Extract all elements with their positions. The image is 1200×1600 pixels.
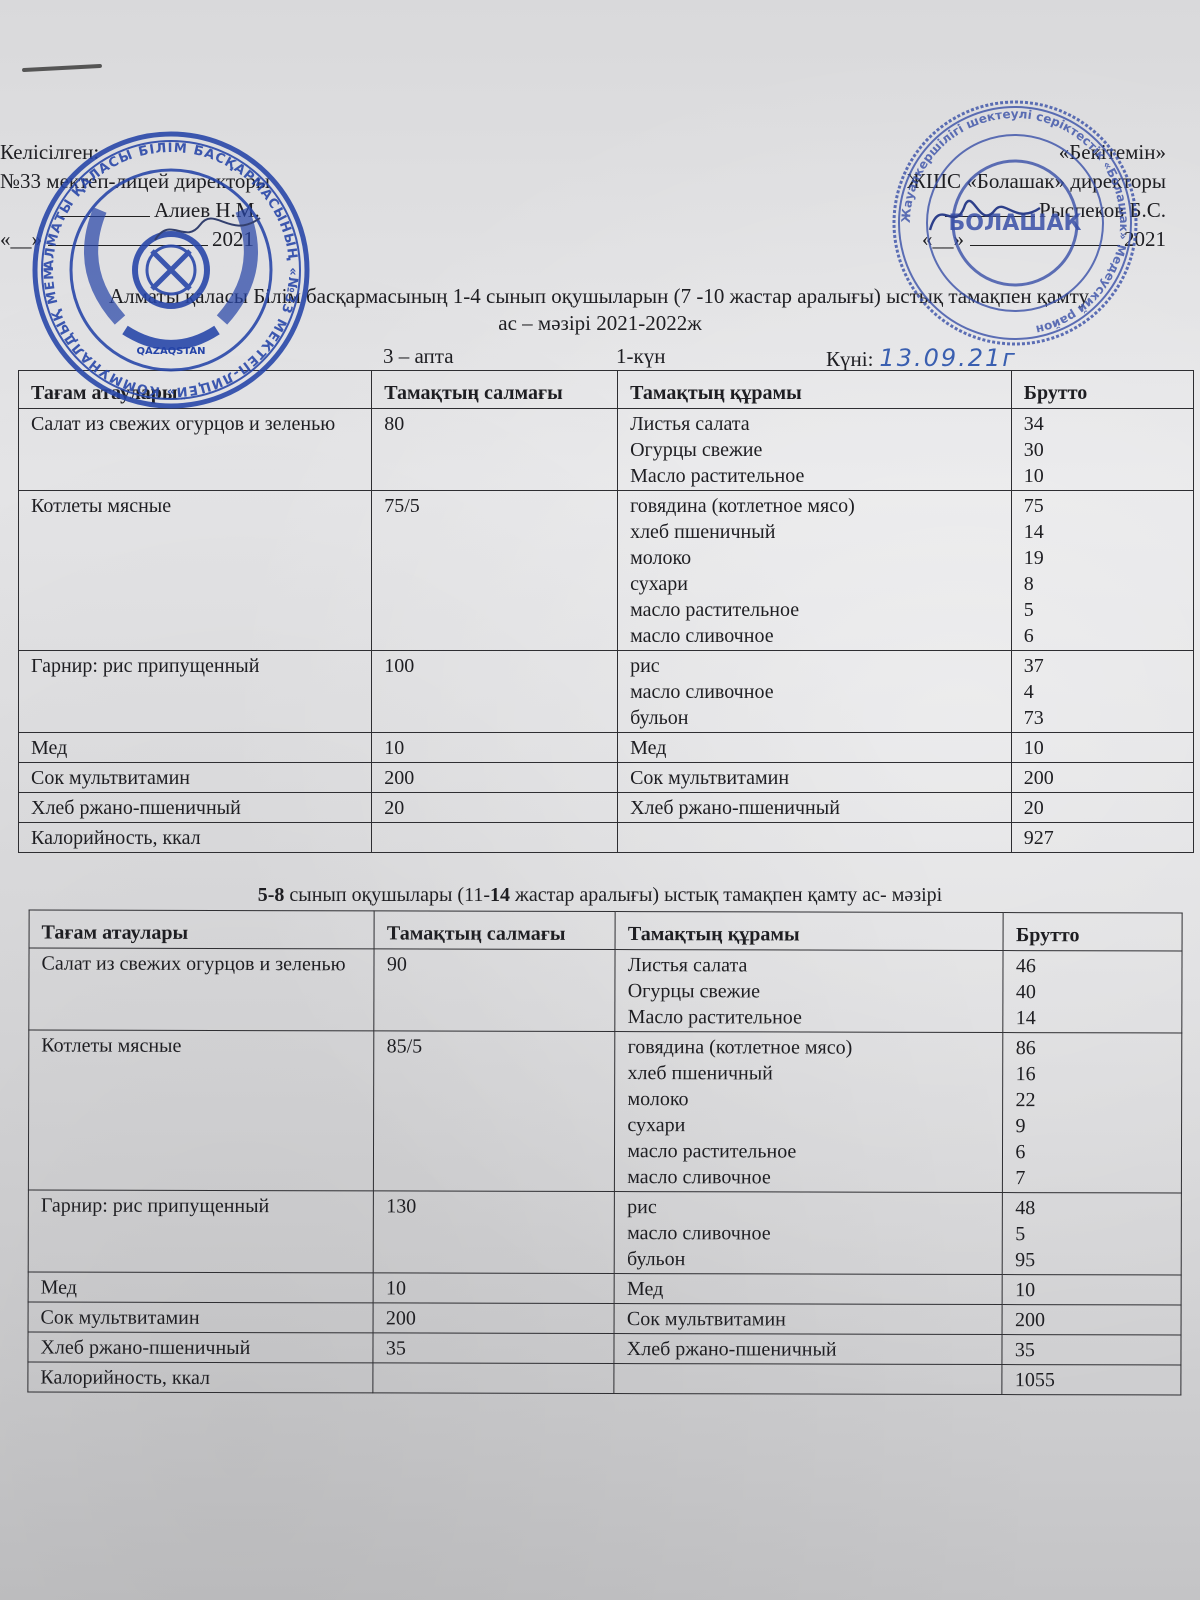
dish-name-cell: Салат из свежих огурцов и зеленью xyxy=(19,409,372,491)
brutto-cell: 1055 xyxy=(1002,1365,1181,1395)
table-row: Сок мультвитамин200Сок мультвитамин200 xyxy=(19,763,1194,793)
date-line xyxy=(48,231,208,246)
ingredient-item xyxy=(627,1366,990,1393)
ingredients-cell: Хлеб ржано-пшеничный xyxy=(614,1334,1002,1365)
brutto-cell: 48595 xyxy=(1003,1193,1182,1275)
ingredients-cell xyxy=(614,1364,1002,1395)
brutto-value: 48 xyxy=(1015,1195,1169,1221)
brutto-value: 37 xyxy=(1024,653,1181,679)
brutto-value: 5 xyxy=(1024,597,1181,623)
table-header-row: Тағам атаулары Тамақтың салмағы Тамақтың… xyxy=(19,371,1194,409)
ingredients-cell: рисмасло сливочноебульон xyxy=(618,651,1012,733)
brutto-value: 8 xyxy=(1024,571,1181,597)
ingredients-cell: рисмасло сливочноебульон xyxy=(615,1192,1003,1275)
table-body: Салат из свежих огурцов и зеленью90Листь… xyxy=(28,948,1182,1395)
table-row: Хлеб ржано-пшеничный35Хлеб ржано-пшеничн… xyxy=(28,1332,1181,1365)
brutto-value: 10 xyxy=(1024,463,1181,489)
table-row: Мед10Мед10 xyxy=(28,1272,1181,1305)
brutto-value: 14 xyxy=(1016,1005,1170,1031)
table-row: Гарнир: рис припущенный100рисмасло сливо… xyxy=(19,651,1194,733)
brutto-value: 22 xyxy=(1016,1087,1170,1113)
dish-weight-cell: 10 xyxy=(373,1273,614,1304)
ingredient-item: сухари xyxy=(630,571,999,597)
ingredient-item: Хлеб ржано-пшеничный xyxy=(627,1336,990,1363)
ingredients-cell: говядина (котлетное мясо)хлеб пшеничныйм… xyxy=(618,491,1012,651)
brutto-value: 16 xyxy=(1016,1061,1170,1087)
brutto-value: 20 xyxy=(1024,795,1181,821)
date-label: Күні: xyxy=(826,347,873,371)
column-header-brutto: Брутто xyxy=(1011,371,1193,409)
ingredient-item: Мед xyxy=(627,1276,990,1303)
menu-table-grades-5-8: Тағам атаулары Тамақтың салмағы Тамақтың… xyxy=(27,909,1182,1395)
approval-block-right: «Бекітемін» ЖШС «Болашак» директоры Рысп… xyxy=(907,138,1166,254)
ingredients-cell: Листья салатаОгурцы свежиеМасло растител… xyxy=(615,950,1003,1033)
ingredient-item: Сок мультвитамин xyxy=(630,765,999,791)
ingredients-cell: Сок мультвитамин xyxy=(618,763,1012,793)
table-row: Мед10Мед10 xyxy=(19,733,1194,763)
column-header-dish: Тағам атаулары xyxy=(19,371,372,409)
ingredient-item: Листья салата xyxy=(630,411,999,437)
ingredient-item: бульон xyxy=(630,705,999,731)
ingredient-item: хлеб пшеничный xyxy=(630,519,999,545)
section-title-grades-5-8: 5-8 сынып оқушылары (11-14 жастар аралығ… xyxy=(0,884,1200,907)
table-header-row: Тағам атаулары Тамақтың салмағы Тамақтың… xyxy=(29,910,1182,951)
ingredient-item: сухари xyxy=(627,1112,990,1139)
ingredient-item: масло сливочное xyxy=(627,1220,990,1247)
dish-name-cell: Калорийность, ккал xyxy=(28,1362,373,1393)
brutto-value: 14 xyxy=(1024,519,1181,545)
table-body: Салат из свежих огурцов и зеленью80Листь… xyxy=(19,409,1194,853)
column-header-brutto: Брутто xyxy=(1003,913,1182,951)
pen-mark xyxy=(22,64,102,72)
column-header-ingredients: Тамақтың құрамы xyxy=(618,371,1012,409)
brutto-cell: 200 xyxy=(1011,763,1193,793)
dish-weight-cell: 90 xyxy=(374,949,615,1032)
brutto-cell: 20 xyxy=(1011,793,1193,823)
brutto-value: 1055 xyxy=(1015,1367,1169,1393)
svg-text:QAZAQSTAN: QAZAQSTAN xyxy=(136,346,205,357)
brutto-value: 7 xyxy=(1015,1165,1169,1191)
dish-weight-cell: 85/5 xyxy=(374,1031,615,1192)
brutto-cell: 10 xyxy=(1003,1275,1182,1305)
brutto-cell: 200 xyxy=(1002,1305,1181,1335)
brutto-value: 73 xyxy=(1024,705,1181,731)
table-row: Салат из свежих огурцов и зеленью80Листь… xyxy=(19,409,1194,491)
ingredient-item: масло сливочное xyxy=(627,1164,990,1191)
table-row: Гарнир: рис припущенный130рисмасло сливо… xyxy=(28,1190,1181,1275)
ingredient-item: Листья салата xyxy=(628,952,991,979)
dish-name-cell: Калорийность, ккал xyxy=(19,823,372,853)
approval-year: 2021 xyxy=(1124,227,1166,251)
date-prefix: «__» xyxy=(0,227,42,251)
dish-name-cell: Котлеты мясные xyxy=(19,491,372,651)
brutto-value: 4 xyxy=(1024,679,1181,705)
ingredient-item: бульон xyxy=(627,1246,990,1273)
approval-label: Келісілген: xyxy=(0,138,270,167)
ingredient-item: масло сливочное xyxy=(630,679,999,705)
subtitle-text: жастар аралығы) ыстық тамақпен қамту ас-… xyxy=(510,884,942,906)
dish-weight-cell: 35 xyxy=(373,1333,614,1364)
column-header-dish: Тағам атаулары xyxy=(29,910,374,949)
approver-name: Алиев Н.М. xyxy=(154,198,260,222)
subtitle-text: сынып оқушылары (11- xyxy=(284,884,490,906)
ingredient-item: Хлеб ржано-пшеничный xyxy=(630,795,999,821)
brutto-value: 6 xyxy=(1015,1139,1169,1165)
ingredient-item: Сок мультвитамин xyxy=(627,1306,990,1333)
brutto-value: 30 xyxy=(1024,437,1181,463)
brutto-cell: 927 xyxy=(1011,823,1193,853)
column-header-weight: Тамақтың салмағы xyxy=(372,371,618,409)
dish-name-cell: Сок мультвитамин xyxy=(19,763,372,793)
table-row: Котлеты мясные75/5говядина (котлетное мя… xyxy=(19,491,1194,651)
ingredient-item: хлеб пшеничный xyxy=(628,1060,991,1087)
date-handwritten: 13.09.21г xyxy=(879,344,1016,372)
approver-name: Рыспеков Б.С. xyxy=(1039,198,1166,222)
approval-label: «Бекітемін» xyxy=(907,138,1166,167)
brutto-cell: 10 xyxy=(1011,733,1193,763)
ingredient-item: говядина (котлетное мясо) xyxy=(630,493,999,519)
dish-weight-cell: 75/5 xyxy=(372,491,618,651)
brutto-value: 10 xyxy=(1015,1277,1169,1303)
brutto-value: 19 xyxy=(1024,545,1181,571)
table-row: Калорийность, ккал 1055 xyxy=(28,1362,1181,1395)
brutto-value: 9 xyxy=(1015,1113,1169,1139)
ingredient-item: масло растительное xyxy=(630,597,999,623)
brutto-cell: 35 xyxy=(1002,1335,1181,1365)
brutto-cell: 861622967 xyxy=(1003,1033,1182,1193)
dish-name-cell: Гарнир: рис припущенный xyxy=(28,1190,374,1273)
table-row: Сок мультвитамин200Сок мультвитамин200 xyxy=(28,1302,1181,1335)
day-label: 1-күн xyxy=(616,344,665,369)
column-header-ingredients: Тамақтың құрамы xyxy=(615,912,1003,951)
date-line xyxy=(970,231,1120,246)
approval-block-left: Келісілген: №33 мектеп-лицей директоры А… xyxy=(0,138,270,254)
dish-name-cell: Мед xyxy=(19,733,372,763)
dish-name-cell: Котлеты мясные xyxy=(28,1030,374,1191)
ingredient-item: Масло растительное xyxy=(628,1004,991,1031)
brutto-value: 10 xyxy=(1024,735,1181,761)
dish-weight-cell: 130 xyxy=(374,1191,615,1274)
ingredients-cell: говядина (котлетное мясо)хлеб пшеничныйм… xyxy=(615,1032,1004,1193)
age-upper: 14 xyxy=(490,884,510,906)
table-row: Салат из свежих огурцов и зеленью90Листь… xyxy=(29,948,1182,1033)
approval-year: 2021 xyxy=(212,227,254,251)
dish-name-cell: Хлеб ржано-пшеничный xyxy=(28,1332,373,1363)
brutto-value: 200 xyxy=(1024,765,1181,791)
brutto-value: 40 xyxy=(1016,979,1170,1005)
dish-weight-cell: 80 xyxy=(372,409,618,491)
ingredient-item: молоко xyxy=(630,545,999,571)
brutto-value: 86 xyxy=(1016,1035,1170,1061)
ingredient-item: рис xyxy=(627,1194,990,1221)
approver-position: ЖШС «Болашак» директоры xyxy=(907,167,1166,196)
ingredients-cell: Сок мультвитамин xyxy=(614,1304,1002,1335)
dish-weight-cell: 200 xyxy=(372,763,618,793)
brutto-value: 46 xyxy=(1016,953,1170,979)
dish-name-cell: Салат из свежих огурцов и зеленью xyxy=(29,948,375,1031)
week-label: 3 – апта xyxy=(383,344,454,369)
table-row: Хлеб ржано-пшеничный20Хлеб ржано-пшеничн… xyxy=(19,793,1194,823)
dish-weight-cell xyxy=(372,823,618,853)
brutto-cell: 464014 xyxy=(1003,951,1182,1033)
date-prefix: «__» xyxy=(922,227,964,251)
dish-weight-cell: 100 xyxy=(372,651,618,733)
brutto-value: 34 xyxy=(1024,411,1181,437)
dish-name-cell: Мед xyxy=(28,1272,373,1303)
menu-title-line2: ас – мәзірі 2021-2022ж xyxy=(0,311,1200,336)
ingredients-cell: Листья салатаОгурцы свежиеМасло растител… xyxy=(618,409,1012,491)
approver-position: №33 мектеп-лицей директоры xyxy=(0,167,270,196)
dish-weight-cell: 10 xyxy=(372,733,618,763)
ingredient-item xyxy=(630,825,999,851)
ingredient-item: масло сливочное xyxy=(630,623,999,649)
brutto-cell: 343010 xyxy=(1011,409,1193,491)
brutto-value: 75 xyxy=(1024,493,1181,519)
ingredient-item: масло растительное xyxy=(627,1138,990,1165)
brutto-value: 5 xyxy=(1015,1221,1169,1247)
ingredient-item: Масло растительное xyxy=(630,463,999,489)
ingredient-item: Огурцы свежие xyxy=(628,978,991,1005)
ingredients-cell: Хлеб ржано-пшеничный xyxy=(618,793,1012,823)
dish-weight-cell xyxy=(373,1363,614,1394)
ingredients-cell: Мед xyxy=(618,733,1012,763)
column-header-weight: Тамақтың салмағы xyxy=(374,911,615,950)
dish-weight-cell: 200 xyxy=(373,1303,614,1334)
signature-line xyxy=(60,202,150,217)
dish-name-cell: Гарнир: рис припущенный xyxy=(19,651,372,733)
ingredient-item: говядина (котлетное мясо) xyxy=(628,1034,991,1061)
menu-table-grades-1-4: Тағам атаулары Тамақтың салмағы Тамақтың… xyxy=(18,370,1194,853)
table-row: Котлеты мясные85/5говядина (котлетное мя… xyxy=(28,1030,1181,1193)
ingredients-cell: Мед xyxy=(614,1274,1002,1305)
dish-name-cell: Сок мультвитамин xyxy=(28,1302,373,1333)
ingredient-item: молоко xyxy=(627,1086,990,1113)
dish-weight-cell: 20 xyxy=(372,793,618,823)
signature-line xyxy=(945,202,1035,217)
table-row: Калорийность, ккал 927 xyxy=(19,823,1194,853)
brutto-cell: 751419856 xyxy=(1011,491,1193,651)
date-field: Күні:13.09.21г xyxy=(826,344,1017,372)
grades-range: 5-8 xyxy=(258,884,285,906)
ingredient-item: рис xyxy=(630,653,999,679)
brutto-value: 927 xyxy=(1024,825,1181,851)
menu-title: Алматы қаласы Білім басқармасының 1-4 сы… xyxy=(0,284,1200,309)
brutto-value: 95 xyxy=(1015,1247,1169,1273)
ingredient-item: Огурцы свежие xyxy=(630,437,999,463)
brutto-value: 6 xyxy=(1024,623,1181,649)
ingredients-cell xyxy=(618,823,1012,853)
ingredient-item: Мед xyxy=(630,735,999,761)
brutto-cell: 37473 xyxy=(1011,651,1193,733)
brutto-value: 200 xyxy=(1015,1307,1169,1333)
dish-name-cell: Хлеб ржано-пшеничный xyxy=(19,793,372,823)
brutto-value: 35 xyxy=(1015,1337,1169,1363)
